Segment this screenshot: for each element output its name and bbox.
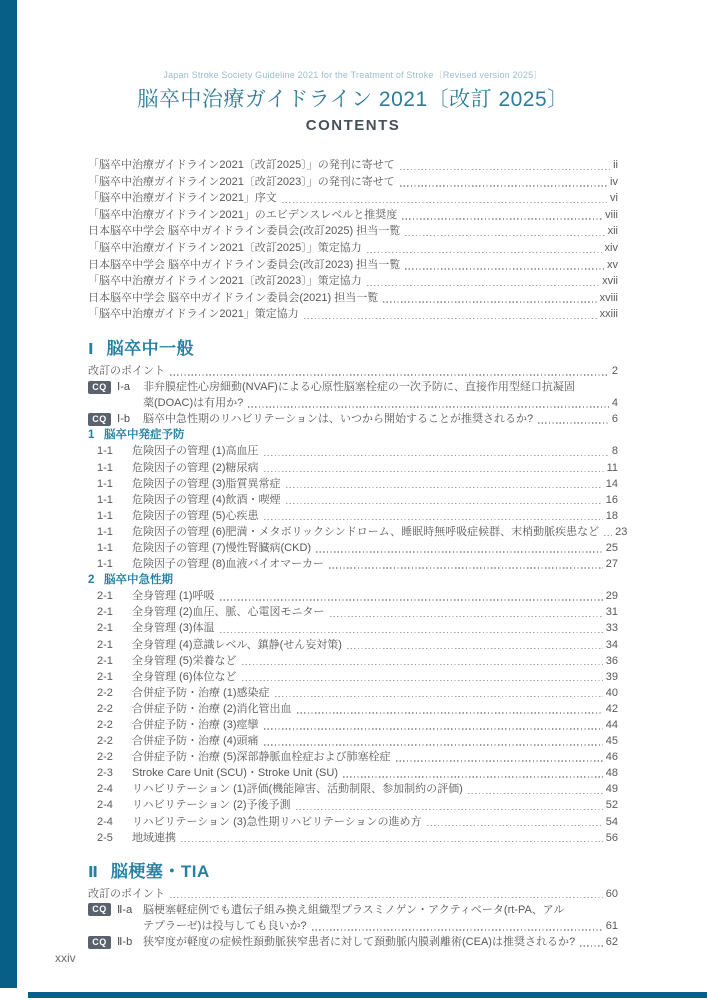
dot-leader (347, 648, 603, 649)
entry-title: 合併症予防・治療 (5)深部静脈血栓症および肺塞栓症 (132, 749, 391, 765)
dot-leader (220, 599, 603, 600)
entry-number: 1-1 (97, 556, 123, 572)
page-number: 54 (606, 814, 618, 830)
page-number: 42 (606, 701, 618, 717)
toc-entry: 「脳卒中治療ガイドライン2021」策定協力xxiii (88, 306, 618, 323)
entry-title: リハビリテーション (2)予後予測 (132, 797, 291, 813)
toc-entry: 2-5地域連携56 (88, 830, 618, 846)
dot-leader (400, 169, 610, 170)
cq-question-line1: 脳梗塞軽症例でも遺伝子組み換え組織型プラスミノゲン・アクティベータ(rt-PA、… (143, 902, 618, 918)
page-number: vi (610, 190, 618, 207)
entry-title: 合併症予防・治療 (4)頭痛 (132, 733, 259, 749)
page-number: 31 (606, 604, 618, 620)
section-title: 脳梗塞・TIA (111, 861, 210, 883)
dot-leader (264, 728, 603, 729)
dot-leader (304, 318, 597, 319)
page-number-folio: xxiv (55, 951, 76, 965)
page-number: 2 (612, 363, 618, 379)
cq-code: Ⅱ-a (117, 902, 143, 918)
dot-leader (296, 809, 603, 810)
dot-leader (580, 945, 603, 946)
toc-entry: 1-1危険因子の管理 (1)高血圧8 (88, 443, 618, 459)
toc-entry: 2-4リハビリテーション (2)予後予測52 (88, 797, 618, 813)
entry-title: 危険因子の管理 (3)脂質異常症 (132, 476, 281, 492)
cq-text-column: 脳梗塞軽症例でも遺伝子組み換え組織型プラスミノゲン・アクティベータ(rt-PA、… (143, 902, 618, 934)
toc-entry: 1-1危険因子の管理 (3)脂質異常症14 (88, 476, 618, 492)
bottom-accent-bar (28, 992, 707, 998)
dot-leader (402, 218, 602, 219)
book-title: 脳卒中治療ガイドライン 2021〔改訂 2025〕 (88, 87, 618, 113)
toc-entry: 2-2合併症予防・治療 (1)感染症40 (88, 685, 618, 701)
entry-title: 危険因子の管理 (7)慢性腎臓病(CKD) (132, 540, 311, 556)
dot-leader (538, 422, 609, 423)
page-number: viii (605, 207, 618, 224)
entry-title: 狭窄度が軽度の症候性頚動脈狭窄患者に対して頚動脈内膜剥離術(CEA)は推奨される… (143, 934, 575, 950)
cq-badge: CQ (88, 936, 111, 949)
entry-number: 2-4 (97, 797, 123, 813)
subsection-number: 1 (88, 427, 104, 443)
toc-entry: 2-1全身管理 (4)意識レベル、鎮静(せん妄対策)34 (88, 637, 618, 653)
front-matter-list: 「脳卒中治療ガイドライン2021〔改訂2025〕」の発刊に寄せてii「脳卒中治療… (88, 157, 618, 323)
page-number: 25 (606, 540, 618, 556)
dot-leader (286, 503, 603, 504)
toc-entry: 2-2合併症予防・治療 (2)消化管出血42 (88, 701, 618, 717)
entry-number: 2-5 (97, 830, 123, 846)
entry-title: 日本脳卒中学会 脳卒中ガイドライン委員会(改訂2025) 担当一覧 (88, 223, 400, 240)
page-number: 48 (606, 765, 618, 781)
entry-title: 全身管理 (2)血圧、脈、心電図モニター (132, 604, 325, 620)
toc-cq-entry: CQⅠ-b脳卒中急性期のリハビリテーションは、いつから開始することが推奨されるか… (88, 411, 618, 427)
dot-leader (170, 374, 609, 375)
section-heading: Ⅱ脳梗塞・TIA (88, 861, 618, 884)
toc-entry: 改訂のポイント2 (88, 363, 618, 379)
dot-leader (343, 776, 603, 777)
entry-number: 1-1 (97, 508, 123, 524)
dot-leader (367, 252, 602, 253)
dot-leader (312, 929, 603, 930)
toc-entry: 1-1危険因子の管理 (7)慢性腎臓病(CKD)25 (88, 540, 618, 556)
toc-subsection: 1脳卒中発症予防 (88, 427, 618, 443)
entry-title: 脳卒中急性期のリハビリテーションは、いつから開始することが推奨されるか? (143, 411, 533, 427)
cq-text-column: 狭窄度が軽度の症候性頚動脈狭窄患者に対して頚動脈内膜剥離術(CEA)は推奨される… (143, 934, 618, 950)
entry-title: リハビリテーション (1)評価(機能障害、活動制限、参加制約の評価) (132, 781, 463, 797)
cq-question-line1: 非弁膜症性心房細動(NVAF)による心原性脳塞栓症の一次予防に、直接作用型経口抗… (143, 379, 618, 395)
contents-heading: CONTENTS (88, 118, 618, 133)
dot-leader (367, 285, 599, 286)
entry-title: 危険因子の管理 (6)肥満・メタボリックシンドローム、睡眠時無呼吸症候群、末梢動… (132, 524, 599, 540)
cq-code: Ⅰ-a (117, 379, 143, 395)
entry-title: 危険因子の管理 (8)血液バイオマーカー (132, 556, 324, 572)
left-accent-bar (0, 0, 17, 988)
page-number: xviii (600, 290, 618, 307)
cq-question-line1: 脳卒中急性期のリハビリテーションは、いつから開始することが推奨されるか?6 (143, 411, 618, 427)
entry-title: 日本脳卒中学会 脳卒中ガイドライン委員会(2021) 担当一覧 (88, 290, 378, 307)
toc-entry: 2-2合併症予防・治療 (3)痙攣44 (88, 717, 618, 733)
dot-leader (242, 680, 603, 681)
dot-leader (264, 455, 609, 456)
entry-number: 1-1 (97, 460, 123, 476)
page-number: 36 (606, 653, 618, 669)
dot-leader (316, 551, 603, 552)
page-number: 18 (606, 508, 618, 524)
cq-question-line2: テプラーゼ)は投与しても良いか?61 (143, 918, 618, 934)
entry-number: 2-2 (97, 701, 123, 717)
section-numeral: Ⅱ (88, 862, 98, 884)
page-number: 11 (607, 460, 618, 476)
page-number: iv (610, 174, 618, 191)
toc-entry: 1-1危険因子の管理 (2)糖尿病11 (88, 460, 618, 476)
page-number: 27 (606, 556, 618, 572)
toc-entry: 2-2合併症予防・治療 (4)頭痛45 (88, 733, 618, 749)
dot-leader (264, 471, 604, 472)
cq-text-column: 非弁膜症性心房細動(NVAF)による心原性脳塞栓症の一次予防に、直接作用型経口抗… (143, 379, 618, 411)
dot-leader (468, 793, 603, 794)
section-heading: Ⅰ脳卒中一般 (88, 338, 618, 361)
dot-leader (286, 487, 603, 488)
dot-leader (330, 616, 603, 617)
entry-title: Stroke Care Unit (SCU)・Stroke Unit (SU) (132, 765, 338, 781)
page-number: 29 (606, 588, 618, 604)
entry-number: 1-1 (97, 476, 123, 492)
entry-title: 改訂のポイント (88, 886, 165, 902)
toc-entry: 「脳卒中治療ガイドライン2021」のエビデンスレベルと推奨度viii (88, 207, 618, 224)
entry-title: 全身管理 (3)体温 (132, 620, 215, 636)
entry-number: 2-4 (97, 814, 123, 830)
dot-leader (297, 712, 603, 713)
dot-leader (427, 825, 603, 826)
toc-entry: 2-2合併症予防・治療 (5)深部静脈血栓症および肺塞栓症46 (88, 749, 618, 765)
page-number: 40 (606, 685, 618, 701)
page-number: 23 (615, 524, 627, 540)
dot-leader (242, 664, 603, 665)
page-number: 52 (606, 797, 618, 813)
toc-cq-entry: CQⅡ-b狭窄度が軽度の症候性頚動脈狭窄患者に対して頚動脈内膜剥離術(CEA)は… (88, 934, 618, 950)
entry-title: 合併症予防・治療 (3)痙攣 (132, 717, 259, 733)
toc-entry: 「脳卒中治療ガイドライン2021〔改訂2025〕」の発刊に寄せてii (88, 157, 618, 174)
toc-entry: 1-1危険因子の管理 (8)血液バイオマーカー27 (88, 556, 618, 572)
toc-entry: 2-1全身管理 (1)呼吸29 (88, 588, 618, 604)
dot-leader (400, 185, 607, 186)
entry-number: 2-3 (97, 765, 123, 781)
dot-leader (282, 202, 607, 203)
dot-leader (170, 897, 603, 898)
toc-entry: 「脳卒中治療ガイドライン2021〔改訂2025〕」策定協力xiv (88, 240, 618, 257)
entry-title: 「脳卒中治療ガイドライン2021」序文 (88, 190, 277, 207)
dot-leader (329, 567, 603, 568)
entry-title: 合併症予防・治療 (1)感染症 (132, 685, 270, 701)
page-number: 33 (606, 620, 618, 636)
toc-subsection: 2脳卒中急性期 (88, 572, 618, 588)
page-number: 44 (606, 717, 618, 733)
subsection-number: 2 (88, 572, 104, 588)
entry-number: 2-1 (97, 653, 123, 669)
toc-cq-entry: CQⅠ-a非弁膜症性心房細動(NVAF)による心原性脳塞栓症の一次予防に、直接作… (88, 379, 618, 411)
toc-entry: 2-4リハビリテーション (3)急性期リハビリテーションの進め方54 (88, 814, 618, 830)
toc-entry: 1-1危険因子の管理 (6)肥満・メタボリックシンドローム、睡眠時無呼吸症候群、… (88, 524, 618, 540)
english-subtitle: Japan Stroke Society Guideline 2021 for … (88, 70, 618, 81)
content-column: Japan Stroke Society Guideline 2021 for … (88, 0, 618, 950)
page-number: 56 (606, 830, 618, 846)
page-number: 16 (606, 492, 618, 508)
section-numeral: Ⅰ (88, 339, 94, 361)
entry-title: 「脳卒中治療ガイドライン2021〔改訂2025〕」の発刊に寄せて (88, 157, 395, 174)
page-number: 60 (606, 886, 618, 902)
entry-number: 2-2 (97, 685, 123, 701)
page-number: 14 (606, 476, 618, 492)
entry-title: 危険因子の管理 (1)高血圧 (132, 443, 259, 459)
cq-question-line2: 薬(DOAC)は有用か?4 (143, 395, 618, 411)
toc-entry: 2-1全身管理 (5)栄養など36 (88, 653, 618, 669)
dot-leader (383, 301, 596, 302)
page-number: 46 (606, 749, 618, 765)
page-number: xvii (602, 273, 618, 290)
toc-entry: 1-1危険因子の管理 (5)心疾患18 (88, 508, 618, 524)
page-number: 49 (606, 781, 618, 797)
toc-entry: 「脳卒中治療ガイドライン2021〔改訂2023〕」の発刊に寄せてiv (88, 174, 618, 191)
entry-title: 全身管理 (6)体位など (132, 669, 237, 685)
page-number: xii (608, 223, 618, 240)
dot-leader (181, 841, 603, 842)
entry-number: 1-1 (97, 492, 123, 508)
cq-badge: CQ (88, 413, 111, 426)
entry-title: 「脳卒中治療ガイドライン2021」のエビデンスレベルと推奨度 (88, 207, 397, 224)
cq-badge: CQ (88, 381, 111, 394)
toc-entry: 改訂のポイント60 (88, 886, 618, 902)
dot-leader (396, 760, 603, 761)
entry-title: 危険因子の管理 (4)飲酒・喫煙 (132, 492, 281, 508)
page-number: xiv (605, 240, 618, 257)
toc-entry: 2-1全身管理 (2)血圧、脈、心電図モニター31 (88, 604, 618, 620)
entry-title: 全身管理 (1)呼吸 (132, 588, 215, 604)
entry-title: リハビリテーション (3)急性期リハビリテーションの進め方 (132, 814, 422, 830)
entry-number: 2-1 (97, 620, 123, 636)
toc-entry: 日本脳卒中学会 脳卒中ガイドライン委員会(改訂2023) 担当一覧xv (88, 257, 618, 274)
entry-title: 薬(DOAC)は有用か? (143, 395, 243, 411)
entry-number: 2-2 (97, 717, 123, 733)
toc-entry: 2-4リハビリテーション (1)評価(機能障害、活動制限、参加制約の評価)49 (88, 781, 618, 797)
toc-entry: 1-1危険因子の管理 (4)飲酒・喫煙16 (88, 492, 618, 508)
dot-leader (248, 406, 609, 407)
page-number: 62 (606, 934, 618, 950)
dot-leader (264, 519, 603, 520)
dot-leader (405, 235, 604, 236)
entry-title: 合併症予防・治療 (2)消化管出血 (132, 701, 292, 717)
cq-code: Ⅰ-b (117, 411, 143, 427)
page-number: ii (613, 157, 618, 174)
toc-entry: 2-1全身管理 (3)体温33 (88, 620, 618, 636)
dot-leader (264, 744, 603, 745)
entry-number: 2-2 (97, 749, 123, 765)
toc-entry: 「脳卒中治療ガイドライン2021」序文vi (88, 190, 618, 207)
entry-title: 「脳卒中治療ガイドライン2021」策定協力 (88, 306, 299, 323)
entry-title: 改訂のポイント (88, 363, 165, 379)
toc-entry: 「脳卒中治療ガイドライン2021〔改訂2023〕」策定協力xvii (88, 273, 618, 290)
section-title: 脳卒中一般 (107, 338, 195, 360)
entry-number: 2-1 (97, 637, 123, 653)
entry-title: 「脳卒中治療ガイドライン2021〔改訂2023〕」の発刊に寄せて (88, 174, 395, 191)
toc-entry: 2-3Stroke Care Unit (SCU)・Stroke Unit (S… (88, 765, 618, 781)
page-number: 8 (612, 443, 618, 459)
entry-title: 地域連携 (132, 830, 176, 846)
entry-title: 全身管理 (4)意識レベル、鎮静(せん妄対策) (132, 637, 342, 653)
cq-code: Ⅱ-b (117, 934, 143, 950)
entry-number: 1-1 (97, 540, 123, 556)
page-number: 4 (612, 395, 618, 411)
dot-leader (220, 632, 603, 633)
dot-leader (604, 535, 612, 536)
cq-question-line1: 狭窄度が軽度の症候性頚動脈狭窄患者に対して頚動脈内膜剥離術(CEA)は推奨される… (143, 934, 618, 950)
entry-number: 1-1 (97, 524, 123, 540)
dot-leader (405, 268, 604, 269)
entry-number: 2-2 (97, 733, 123, 749)
page-number: xxiii (600, 306, 618, 323)
entry-title: 危険因子の管理 (5)心疾患 (132, 508, 259, 524)
entry-number: 2-1 (97, 588, 123, 604)
page-number: 6 (612, 411, 618, 427)
cq-badge: CQ (88, 903, 111, 916)
entry-title: 「脳卒中治療ガイドライン2021〔改訂2023〕」策定協力 (88, 273, 362, 290)
page-number: 39 (606, 669, 618, 685)
toc-cq-entry: CQⅡ-a脳梗塞軽症例でも遺伝子組み換え組織型プラスミノゲン・アクティベータ(r… (88, 902, 618, 934)
cq-text-column: 脳卒中急性期のリハビリテーションは、いつから開始することが推奨されるか?6 (143, 411, 618, 427)
entry-title: 日本脳卒中学会 脳卒中ガイドライン委員会(改訂2023) 担当一覧 (88, 257, 400, 274)
entry-number: 2-1 (97, 604, 123, 620)
dot-leader (275, 696, 603, 697)
entry-title: テプラーゼ)は投与しても良いか? (143, 918, 307, 934)
entry-number: 1-1 (97, 443, 123, 459)
entry-title: 「脳卒中治療ガイドライン2021〔改訂2025〕」策定協力 (88, 240, 362, 257)
subsection-title: 脳卒中発症予防 (104, 427, 185, 443)
entry-title: 全身管理 (5)栄養など (132, 653, 237, 669)
page-number: 45 (606, 733, 618, 749)
entry-title: 危険因子の管理 (2)糖尿病 (132, 460, 259, 476)
toc-entry: 2-1全身管理 (6)体位など39 (88, 669, 618, 685)
entry-number: 2-4 (97, 781, 123, 797)
section-list: Ⅰ脳卒中一般改訂のポイント2CQⅠ-a非弁膜症性心房細動(NVAF)による心原性… (88, 338, 618, 950)
page-number: 34 (606, 637, 618, 653)
page-number: 61 (606, 918, 618, 934)
toc-entry: 日本脳卒中学会 脳卒中ガイドライン委員会(2021) 担当一覧xviii (88, 290, 618, 307)
entry-number: 2-1 (97, 669, 123, 685)
page-number: xv (607, 257, 618, 274)
subsection-title: 脳卒中急性期 (104, 572, 173, 588)
toc-entry: 日本脳卒中学会 脳卒中ガイドライン委員会(改訂2025) 担当一覧xii (88, 223, 618, 240)
